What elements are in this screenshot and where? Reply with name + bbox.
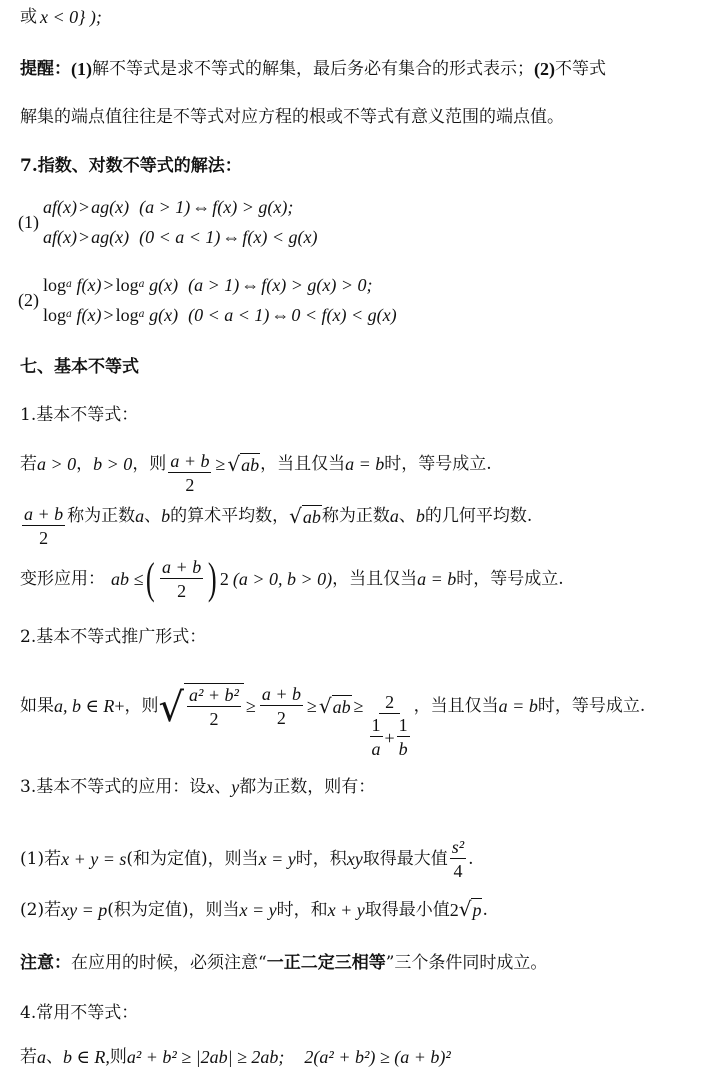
text: .: [482, 899, 487, 921]
numerator: a + b: [22, 503, 65, 526]
heading: 2.基本不等式推广形式：: [20, 626, 206, 648]
heading: 7.指数、对数不等式的解法：: [20, 155, 242, 177]
log-rules: loga f(x)>loga g(x) (a > 1) ⇔ f(x) > g(x…: [43, 270, 397, 330]
subsection-4-title: 4.常用不等式：: [20, 1002, 138, 1024]
reminder-line-1: 提醒： (1) 解不等式是求不等式的解集，最后务必有集合的形式表示； (2) 不…: [20, 58, 606, 80]
text: 在应用的时候，必须注意“: [71, 952, 267, 974]
quadratic-mean: √ a² + b²2: [158, 683, 243, 733]
text: 的算术平均数，: [170, 505, 289, 527]
denominator: 2: [177, 579, 186, 603]
note-label: 注意：: [20, 952, 71, 974]
plus: +: [385, 726, 395, 750]
label: 变形应用：: [20, 568, 105, 590]
text: ，当且仅当: [260, 453, 345, 475]
sqrt-ab: √ab: [289, 505, 322, 528]
numerator: a + b: [160, 556, 203, 579]
text: 、: [46, 1046, 63, 1068]
max-value: s² 4: [450, 836, 466, 883]
numerator: a + b: [260, 683, 303, 706]
text: 时，等号成立.: [384, 453, 491, 475]
denominator: 4: [453, 859, 462, 883]
text: 时，等号成立.: [456, 568, 563, 590]
point-1-number: (1): [71, 58, 92, 80]
text: .: [468, 848, 473, 870]
numerator: 1: [397, 714, 410, 737]
exp-rules: af(x)>ag(x) (a > 1) ⇔ f(x) > g(x); af(x)…: [43, 192, 318, 252]
emphasis: 一正二定三相等: [267, 952, 386, 974]
fraction-mean: a + b 2: [160, 556, 203, 603]
var-y: y: [231, 776, 239, 798]
result: f(x) < g(x): [242, 222, 317, 252]
iff-symbol: ⇔: [222, 222, 240, 252]
section-7-title: 7.指数、对数不等式的解法：: [20, 155, 242, 177]
fraction-mean: a + b 2: [168, 450, 211, 497]
text: 时，等号成立.: [538, 695, 645, 717]
text: ，则: [124, 695, 158, 717]
product: xy: [347, 848, 363, 870]
text: 或: [20, 6, 37, 28]
denominator: b: [399, 737, 408, 761]
set-condition: a, b ∈ R: [54, 695, 114, 717]
var-b: b: [161, 505, 170, 527]
generalized-inequality: 如果 a, b ∈ R+ ，则 √ a² + b²2 ≥ a + b 2 ≥ √…: [20, 676, 645, 736]
equality-condition: a = b: [345, 453, 384, 475]
var-a: a: [37, 1046, 46, 1068]
set-expression: x < 0} );: [40, 6, 102, 28]
common-inequalities: 若 a 、 b ∈ R, 则 a² + b² ≥ |2ab| ≥ 2ab; 2(…: [20, 1046, 451, 1068]
text: ，当且仅当: [332, 568, 417, 590]
condition: (0 < a < 1): [139, 222, 220, 252]
continuation-line: 或 x < 0} );: [20, 6, 102, 28]
condition: (a > 1): [188, 270, 239, 300]
geq-symbol: ≥: [215, 453, 225, 475]
result: f(x) > g(x);: [212, 192, 293, 222]
mean-definitions: a + b 2 称为正数 a 、 b 的算术平均数， √ab 称为正数 a 、 …: [20, 494, 532, 538]
condition: (a > 0, b > 0): [233, 568, 332, 590]
radicand: p: [471, 898, 482, 921]
iff-symbol: ⇔: [271, 300, 289, 330]
text: 若: [20, 1046, 37, 1068]
text: 3.基本不等式的应用：设: [20, 776, 206, 798]
inequality-2: 2(a² + b²) ≥ (a + b)²: [304, 1046, 450, 1068]
text: ，当且仅当: [414, 695, 499, 717]
condition-a: a > 0: [37, 453, 76, 475]
product-constraint: xy = p: [61, 899, 107, 921]
text: 如果: [20, 695, 54, 717]
condition-b: b > 0: [93, 453, 132, 475]
geometric-mean: √ab: [319, 695, 352, 718]
text: 取得最大值: [363, 848, 448, 870]
text: 时，和: [277, 899, 328, 921]
text: ”三个条件同时成立。: [386, 952, 548, 974]
subsection-3-title: 3.基本不等式的应用：设 x 、 y 都为正数，则有：: [20, 776, 375, 798]
arithmetic-mean: a + b 2: [260, 683, 303, 730]
condition: (0 < a < 1): [188, 300, 269, 330]
point-2-continuation: 解集的端点值往往是不等式对应方程的根或不等式有意义范围的端点值。: [20, 106, 564, 128]
denominator: 2: [209, 707, 218, 731]
equality-condition: a = b: [499, 695, 538, 717]
right-paren: ): [208, 557, 217, 601]
equality-condition: x = y: [239, 899, 276, 921]
numerator: a² + b²: [187, 684, 241, 707]
numerator: s²: [450, 836, 466, 859]
text: 则: [110, 1046, 127, 1068]
application-2: (2)若 xy = p (积为定值)，则当 x = y 时，和 x + y 取得…: [20, 898, 488, 921]
application-1: (1)若 x + y = s (和为定值)，则当 x = y 时，积 xy 取得…: [20, 836, 474, 882]
exp-inequality-block: (1) af(x)>ag(x) (a > 1) ⇔ f(x) > g(x); a…: [18, 192, 318, 252]
var-a: a: [135, 505, 144, 527]
chapter-title: 七、基本不等式: [20, 356, 139, 378]
point-1-text: 解不等式是求不等式的解集，最后务必有集合的形式表示；: [92, 58, 534, 80]
text: 、: [214, 776, 231, 798]
exp-rule-a: af(x)>ag(x) (a > 1) ⇔ f(x) > g(x);: [43, 192, 318, 222]
sqrt-ab: √ab: [227, 453, 260, 476]
result: f(x) > g(x) > 0;: [261, 270, 372, 300]
radicand: ab: [240, 453, 260, 476]
item-label: (1): [18, 211, 39, 233]
radicand: ab: [302, 505, 322, 528]
text: (1)若: [20, 848, 61, 870]
sum-constraint: x + y = s: [61, 848, 126, 870]
text: 时，积: [296, 848, 347, 870]
condition: (a > 1): [139, 192, 190, 222]
heading: 1.基本不等式：: [20, 404, 138, 426]
denominator: 2: [39, 526, 48, 550]
heading: 4.常用不等式：: [20, 1002, 138, 1024]
var-b: b: [416, 505, 425, 527]
numerator: 2: [379, 691, 400, 714]
numerator: 1: [370, 714, 383, 737]
note-line: 注意： 在应用的时候，必须注意“ 一正二定三相等 ”三个条件同时成立。: [20, 952, 547, 974]
reminder-label: 提醒：: [20, 58, 71, 80]
left-paren: (: [146, 557, 155, 601]
text: (积为定值)，则当: [107, 899, 239, 921]
var-x: x: [206, 776, 214, 798]
subsection-2-title: 2.基本不等式推广形式：: [20, 626, 206, 648]
sqrt-p: √p: [459, 898, 483, 921]
text: 取得最小值: [365, 899, 450, 921]
text: ，: [76, 453, 93, 475]
log-rule-a: loga f(x)>loga g(x) (a > 1) ⇔ f(x) > g(x…: [43, 270, 397, 300]
numerator: a + b: [168, 450, 211, 473]
text: (和为定值)，则当: [126, 848, 258, 870]
text: 、: [144, 505, 161, 527]
result: 0 < f(x) < g(x): [291, 300, 396, 330]
set-condition: b ∈ R,: [63, 1046, 110, 1068]
equality-condition: x = y: [259, 848, 296, 870]
text: ，则: [132, 453, 166, 475]
text: 若: [20, 453, 37, 475]
coefficient: 2: [450, 899, 459, 921]
reminder-line-2: 解集的端点值往往是不等式对应方程的根或不等式有意义范围的端点值。: [20, 106, 564, 128]
text: 都为正数，则有：: [239, 776, 375, 798]
equality-condition: a = b: [417, 568, 456, 590]
var-a: a: [390, 505, 399, 527]
subsection-1-title: 1.基本不等式：: [20, 404, 138, 426]
point-2-number: (2): [534, 58, 555, 80]
point-2-text: 不等式: [555, 58, 606, 80]
iff-symbol: ⇔: [192, 192, 210, 222]
heading: 七、基本不等式: [20, 356, 139, 378]
text: (2)若: [20, 899, 61, 921]
denominator: 2: [185, 473, 194, 497]
am-gm-statement: 若 a > 0 ， b > 0 ，则 a + b 2 ≥ √ab ，当且仅当 a…: [20, 444, 492, 484]
item-label: (2): [18, 289, 39, 311]
log-inequality-block: (2) loga f(x)>loga g(x) (a > 1) ⇔ f(x) >…: [18, 270, 397, 330]
variant-application: 变形应用： ab ≤ ( a + b 2 ) 2 (a > 0, b > 0) …: [20, 556, 564, 602]
denominator: a: [372, 737, 381, 761]
sum: x + y: [328, 899, 365, 921]
iff-symbol: ⇔: [241, 270, 259, 300]
text: 、: [399, 505, 416, 527]
denominator: 2: [277, 706, 286, 730]
log-rule-b: loga f(x)>loga g(x) (0 < a < 1) ⇔ 0 < f(…: [43, 300, 397, 330]
fraction-mean: a + b 2: [22, 503, 65, 550]
harmonic-mean: 2 1a + 1b: [368, 691, 412, 761]
text: 称为正数: [67, 505, 135, 527]
text: 称为正数: [322, 505, 390, 527]
exp-rule-b: af(x)>ag(x) (0 < a < 1) ⇔ f(x) < g(x): [43, 222, 318, 252]
inequality-1: a² + b² ≥ |2ab| ≥ 2ab;: [127, 1046, 285, 1068]
text: 的几何平均数.: [425, 505, 532, 527]
product-ab: ab ≤: [111, 568, 143, 590]
